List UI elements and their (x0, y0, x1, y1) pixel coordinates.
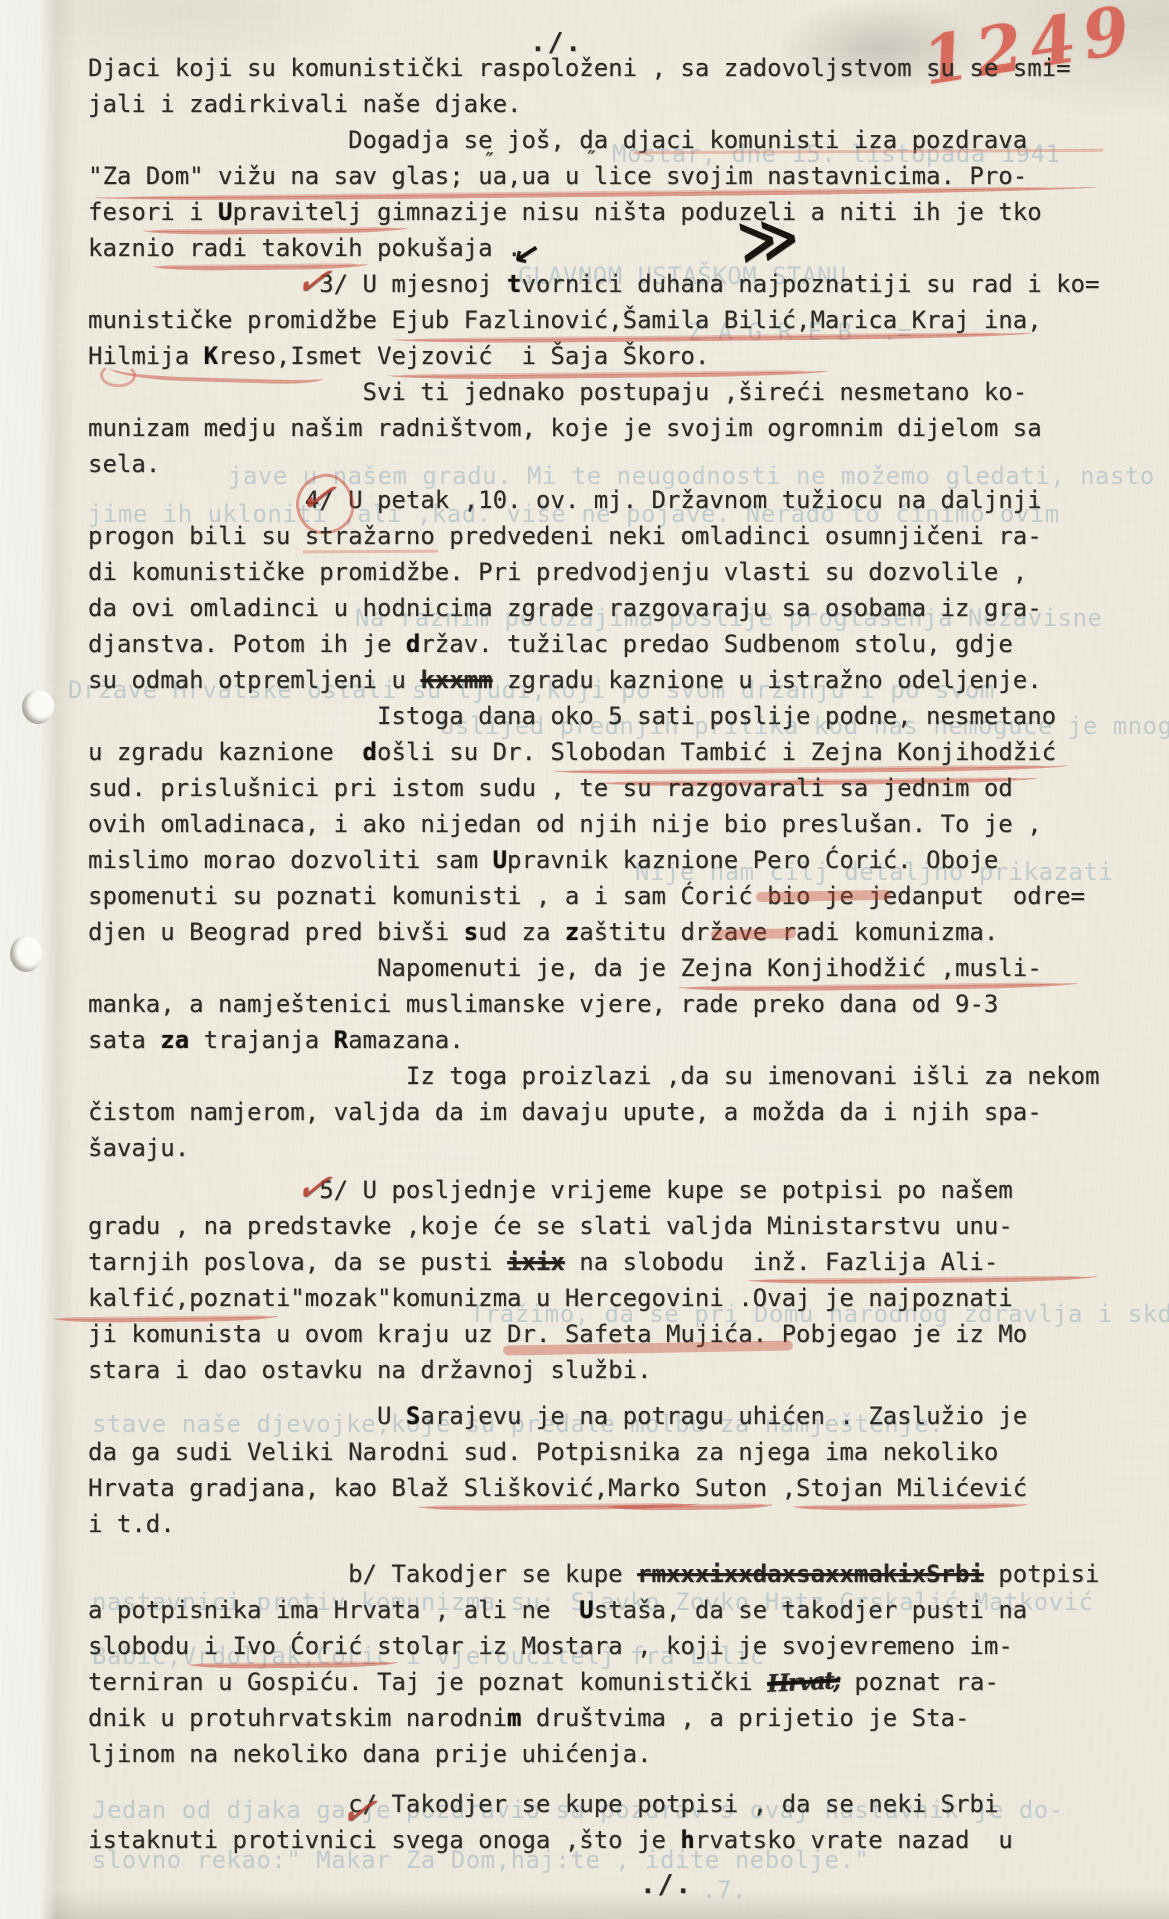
text-line: djen u Beograd pred bivši sud za zaštitu… (88, 914, 1128, 950)
typed-text: Hilmija (88, 342, 204, 370)
typed-text: ržav. tužilac predao Sudbenom stolu, gdj… (420, 630, 1012, 658)
typed-text: munizam medju našim radništvom, koje je … (88, 414, 1042, 442)
typed-text: ud za (478, 918, 565, 946)
text-line: su odmah otpremljeni u kxxmm zgradu kazn… (88, 662, 1128, 698)
typed-text: pravnik kaznione Pero Ćorić. Oboje (507, 846, 998, 874)
typed-text: sata (88, 1026, 160, 1054)
text-line: Napomenuti je, da je Zejna Konjihodžić ,… (88, 950, 1128, 986)
hand-corrected-letter: t (507, 270, 521, 298)
typed-text: trajanja (189, 1026, 334, 1054)
punch-hole (22, 690, 54, 724)
typed-text: 3/ U mjesnoj (88, 270, 507, 298)
text-line: djanstva. Potom ih je držav. tužilac pre… (88, 626, 1128, 662)
typed-text: c/ Takodjer se kupe potpisi , da se neki… (88, 1790, 998, 1818)
hand-corrected-letter: R (334, 1026, 348, 1054)
text-line: slobodu i Ivo Ćorić stolar iz Mostara , … (88, 1628, 1128, 1664)
hand-corrected-letter: z (565, 918, 579, 946)
text-line: u zgradu kaznione došli su Dr. Slobodan … (88, 734, 1128, 770)
typed-text: di komunističke promidžbe. Pri predvodje… (88, 558, 1027, 586)
typed-text: djen u Beograd pred bivši (88, 918, 464, 946)
text-line: terniran u Gospiću. Taj je poznat komuni… (88, 1664, 1128, 1700)
typed-text: kaznio radi takovih pokušaja . (88, 234, 521, 262)
typed-text: da ga sudi Veliki Narodni sud. Potpisnik… (88, 1438, 998, 1466)
typed-text: a potpisnika ima Hrvata , ali ne (88, 1596, 579, 1624)
text-line: di komunističke promidžbe. Pri predvodje… (88, 554, 1128, 590)
text-line: i t.d. (88, 1506, 1128, 1542)
text-line: U Sarajevu je na potragu uhićen . Zasluž… (88, 1398, 1128, 1434)
typed-text: Dogadja se još, da djaci komunisti iza p… (88, 126, 1027, 154)
typed-text: djanstva. Potom ih je (88, 630, 406, 658)
text-line: progon bili su stražarno predvedeni neki… (88, 518, 1128, 554)
text-line: da ovi omladinci u hodnicima zgrade razg… (88, 590, 1128, 626)
text-line: munističke promidžbe Ejub Fazlinović,Šam… (88, 302, 1128, 338)
typed-text: arajevu je na potragu uhićen . Zaslužio … (420, 1402, 1027, 1430)
text-line: c/ Takodjer se kupe potpisi , da se neki… (88, 1786, 1128, 1822)
typed-text: potpisi (984, 1560, 1100, 1588)
struck-out-text: kxxmm (420, 666, 492, 694)
typed-text: dnik u protuhrvatskim narodni (88, 1704, 507, 1732)
text-line: ovih omladinaca, i ako nijedan od njih n… (88, 806, 1128, 842)
text-line: čistom namjerom, valjda da im davaju upu… (88, 1094, 1128, 1130)
typewritten-text: Djaci koji su komunistički raspoloženi ,… (88, 50, 1128, 1858)
hand-corrected-letter: d (363, 738, 377, 766)
typed-text: terniran u Gospiću. Taj je poznat komuni… (88, 1668, 767, 1696)
text-line: kalfić,poznati"mozak"komunizma u Hercego… (88, 1280, 1128, 1316)
text-line: 3/ U mjesnoj tvornici duhana najpoznatij… (88, 266, 1128, 302)
typed-text: U (88, 1402, 406, 1430)
hand-corrected-letter: za (160, 1026, 189, 1054)
typed-text: 5/ U posljednje vrijeme kupe se potpisi … (88, 1176, 1013, 1204)
typed-text: reso,Ismet Vejzović i Šaja Škoro. (218, 342, 709, 370)
hand-corrected-letter: d (406, 630, 420, 658)
scribbled-out-word: Hrvat; (766, 1662, 841, 1702)
text-line: fesori i Upravitelj gimnazije nisu ništa… (88, 194, 1128, 230)
text-line: šavaju. (88, 1130, 1128, 1166)
typed-text: istaknuti protivnici svega onoga ,što je (88, 1826, 680, 1854)
text-line: 5/ U posljednje vrijeme kupe se potpisi … (88, 1172, 1128, 1208)
text-line: da ga sudi Veliki Narodni sud. Potpisnik… (88, 1434, 1128, 1470)
struck-out-text: rmxxxixxdaxsaxxmakixSrbi (637, 1560, 984, 1588)
typed-text: kalfić,poznati"mozak"komunizma u Hercego… (88, 1284, 1013, 1312)
typed-text: su odmah otpremljeni u (88, 666, 420, 694)
typed-text: jali i zadirkivali naše djake. (88, 90, 521, 118)
text-line: Hilmija Kreso,Ismet Vejzović i Šaja Škor… (88, 338, 1128, 374)
text-line: a potpisnika ima Hrvata , ali ne Ustaša,… (88, 1592, 1128, 1628)
typed-text: progon bili su stražarno predvedeni neki… (88, 522, 1042, 550)
text-line: sata za trajanja Ramazana. (88, 1022, 1128, 1058)
typed-text: amazana. (348, 1026, 464, 1054)
typed-text: ljinom na nekoliko dana prije uhićenja. (88, 1740, 652, 1768)
text-line: tarnjih poslova, da se pusti ixix na slo… (88, 1244, 1128, 1280)
typed-text: munističke promidžbe Ejub Fazlinović,Šam… (88, 306, 1042, 334)
typed-text: b/ Takodjer se kupe (88, 1560, 637, 1588)
text-line: mislimo morao dozvoliti sam Upravnik kaz… (88, 842, 1128, 878)
text-line: Istoga dana oko 5 sati poslije podne, ne… (88, 698, 1128, 734)
hand-corrected-letter: U (579, 1596, 593, 1624)
typed-text: čistom namjerom, valjda da im davaju upu… (88, 1098, 1042, 1126)
typed-text: mislimo morao dozvoliti sam (88, 846, 493, 874)
typed-text: Napomenuti je, da je Zejna Konjihodžić ,… (88, 954, 1042, 982)
text-line: istaknuti protivnici svega onoga ,što je… (88, 1822, 1128, 1858)
typed-text: tarnjih poslova, da se pusti (88, 1248, 507, 1276)
punch-hole (10, 936, 42, 972)
typed-text: pravitelj gimnazije nisu ništa poduzeli … (233, 198, 1042, 226)
typed-text: ji komunista u ovom kraju uz Dr. Safeta … (88, 1320, 1027, 1348)
text-line: jali i zadirkivali naše djake. (88, 86, 1128, 122)
typed-text: društvima , a prijetio je Sta- (521, 1704, 969, 1732)
typed-text: poznat ra- (840, 1668, 999, 1696)
typed-text: spomenuti su poznati komunisti , a i sam… (88, 882, 1085, 910)
hand-corrected-letter: U (493, 846, 507, 874)
typed-text: da ovi omladinci u hodnicima zgrade razg… (88, 594, 1042, 622)
text-line: b/ Takodjer se kupe rmxxxixxdaxsaxxmakix… (88, 1556, 1128, 1592)
text-line: munizam medju našim radništvom, koje je … (88, 410, 1128, 446)
typed-text: Istoga dana oko 5 sati poslije podne, ne… (88, 702, 1056, 730)
bleedthrough-text: .7. (702, 1876, 747, 1904)
typed-text: na slobodu inž. Fazlija Ali- (565, 1248, 998, 1276)
typed-text: sela. (88, 450, 160, 478)
typed-text: rvatsko vrate nazad u (695, 1826, 1013, 1854)
text-line: ljinom na nekoliko dana prije uhićenja. (88, 1736, 1128, 1772)
hand-corrected-letter: K (204, 342, 218, 370)
text-line: Iz toga proizlazi ,da su imenovani išli … (88, 1058, 1128, 1094)
text-line: manka, a namještenici muslimanske vjere,… (88, 986, 1128, 1022)
text-line: gradu , na predstavke ,koje će se slati … (88, 1208, 1128, 1244)
typed-text: staša, da se takodjer pusti na (594, 1596, 1027, 1624)
text-line: Svi ti jednako postupaju ,šireći nesmeta… (88, 374, 1128, 410)
text-line: dnik u protuhrvatskim narodnim društvima… (88, 1700, 1128, 1736)
text-line: Hrvata gradjana, kao Blaž Slišković,Mark… (88, 1470, 1128, 1506)
typed-text: fesori i (88, 198, 218, 226)
typed-text: ovih omladinaca, i ako nijedan od njih n… (88, 810, 1042, 838)
text-line: kaznio radi takovih pokušaja . (88, 230, 1128, 266)
typed-text: slobodu i Ivo Ćorić stolar iz Mostara , … (88, 1632, 1013, 1660)
typed-text: aštitu države radi komunizma. (579, 918, 998, 946)
text-line: "Za Dom" vižu na sav glas; ua,ua u lice … (88, 158, 1128, 194)
hand-corrected-letter: h (680, 1826, 694, 1854)
text-line: Dogadja se još, da djaci komunisti iza p… (88, 122, 1128, 158)
hand-corrected-letter: s (464, 918, 478, 946)
typed-text: Svi ti jednako postupaju ,šireći nesmeta… (88, 378, 1027, 406)
continuation-mark-bottom: ./. (640, 1870, 693, 1900)
text-line: stara i dao ostavku na državnoj službi. (88, 1352, 1128, 1388)
typed-text: šavaju. (88, 1134, 189, 1162)
hand-corrected-letter: S (406, 1402, 420, 1430)
typed-text: u zgradu kaznione (88, 738, 363, 766)
typed-text: vornici duhana najpoznatiji su rad i ko= (521, 270, 1099, 298)
text-line: sud. prislušnici pri istom sudu , te su … (88, 770, 1128, 806)
text-line: spomenuti su poznati komunisti , a i sam… (88, 878, 1128, 914)
struck-out-text: ixix (507, 1248, 565, 1276)
typed-text: ošli su Dr. Slobodan Tambić i Zejna Konj… (377, 738, 1056, 766)
typed-text: i t.d. (88, 1510, 175, 1538)
text-line: Djaci koji su komunistički raspoloženi ,… (88, 50, 1128, 86)
typed-text: gradu , na predstavke ,koje će se slati … (88, 1212, 1013, 1240)
typed-text: sud. prislušnici pri istom sudu , te su … (88, 774, 1013, 802)
text-line: sela. (88, 446, 1128, 482)
typed-text: manka, a namještenici muslimanske vjere,… (88, 990, 998, 1018)
text-line: ji komunista u ovom kraju uz Dr. Safeta … (88, 1316, 1128, 1352)
typed-text: Djaci koji su komunistički raspoloženi ,… (88, 54, 1071, 82)
typed-text: "Za Dom" vižu na sav glas; ua,ua u lice … (88, 162, 1027, 190)
typed-text: zgradu kaznione u istražno odeljenje. (493, 666, 1042, 694)
typed-text: 4/ U petak ,10. ov. mj. Državnom tužiocu… (88, 486, 1042, 514)
text-line: 4/ U petak ,10. ov. mj. Državnom tužiocu… (88, 482, 1128, 518)
hand-corrected-letter: m (507, 1704, 521, 1732)
typed-text: Iz toga proizlazi ,da su imenovani išli … (88, 1062, 1099, 1090)
typed-text: stara i dao ostavku na državnoj službi. (88, 1356, 652, 1384)
typed-text: Hrvata gradjana, kao Blaž Slišković,Mark… (88, 1474, 1027, 1502)
hand-corrected-letter: U (218, 198, 232, 226)
